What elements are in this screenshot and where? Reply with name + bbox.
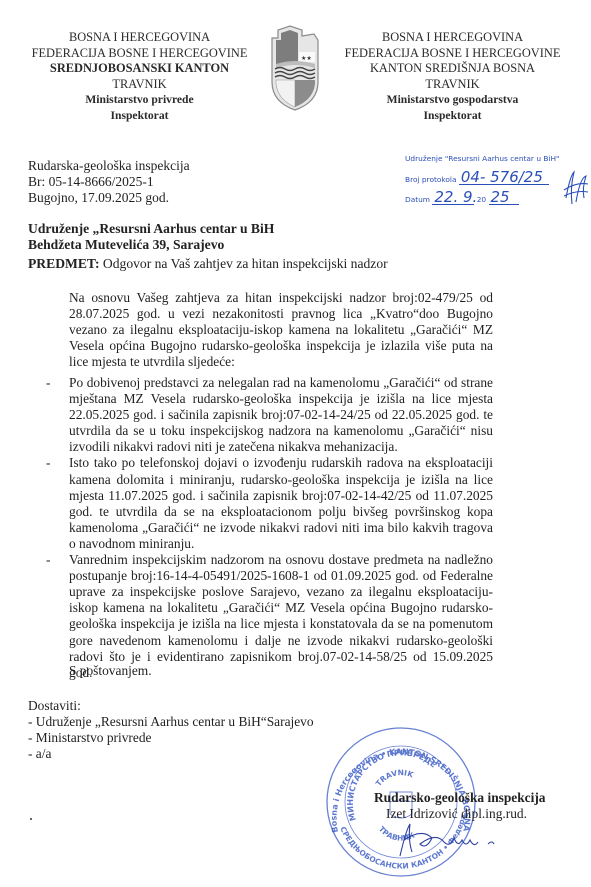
distribution-item: - Udruženje „Resursni Aarhus centar u Bi… <box>28 714 314 730</box>
stamp-date-value: 22. 9. <box>432 190 474 205</box>
letterhead-left: BOSNA I HERCEGOVINA FEDERACIJA BOSNE I H… <box>22 30 257 124</box>
letterhead-line: BOSNA I HERCEGOVINA <box>330 30 575 46</box>
svg-text:★★: ★★ <box>301 55 312 62</box>
seal-city-top: TRAVNIK <box>374 768 416 788</box>
distribution-label: Dostaviti: <box>28 698 314 714</box>
stamp-organization: Udruženje "Resursni Aarhus centar u BiH" <box>405 154 559 163</box>
list-item-text: Vanrednim inspekcijskim nadzorom na osno… <box>69 552 493 681</box>
bullet-dash: - <box>46 375 56 391</box>
letterhead-line: BOSNA I HERCEGOVINA <box>22 30 257 46</box>
letterhead-line: Inspektorat <box>330 108 575 124</box>
handwritten-initials-icon <box>560 168 590 208</box>
coat-of-arms-icon: ★★ <box>268 24 322 112</box>
letterhead-right: BOSNA I HERCEGOVINA FEDERACIJA BOSNE I H… <box>330 30 575 124</box>
distribution-list: Dostaviti: - Udruženje „Resursni Aarhus … <box>28 698 314 762</box>
letterhead-line: KANTON SREDIŠNJA BOSNA <box>330 61 575 77</box>
letterhead-line: TRAVNIK <box>22 77 257 93</box>
stamp-date-label: Datum <box>405 195 430 204</box>
svg-text:TRAVNIK: TRAVNIK <box>374 768 416 788</box>
letterhead-line: FEDERACIJA BOSNE I HERCEGOVINE <box>22 46 257 62</box>
stamp-protocol-value: 04- 576/25 <box>459 170 549 185</box>
stamp-date-year: 25 <box>489 190 519 205</box>
place-date: Bugojno, 17.09.2025 god. <box>28 190 190 206</box>
closing-salutation: S poštovanjem. <box>69 663 152 679</box>
letterhead-line: Inspektorat <box>22 108 257 124</box>
letterhead-line: SREDNJOBOSANSKI KANTON <box>22 61 257 77</box>
intro-paragraph: Na osnovu Vašeg zahtjeva za hitan inspek… <box>69 290 493 370</box>
letterhead-line: Ministarstvo gospodarstva <box>330 92 575 108</box>
letterhead-line: TRAVNIK <box>330 77 575 93</box>
scan-speck <box>30 818 32 820</box>
stamp-date-row: Datum 22. 9. 20 25 <box>405 190 519 205</box>
distribution-item: - a/a <box>28 746 314 762</box>
recipient-name: Udruženje „Resursni Aarhus centar u BiH <box>28 221 274 237</box>
findings-list: - Po dobivenoj predstavci za nelegalan r… <box>46 375 493 681</box>
list-item-text: Isto tako po telefonskoj dojavi o izvođe… <box>69 455 493 552</box>
letterhead-line: Ministarstvo privrede <box>22 92 257 108</box>
list-item: - Isto tako po telefonskoj dojavi o izvo… <box>46 455 493 552</box>
signatory-title: Rudarsko-geološka inspekcija <box>374 790 546 806</box>
list-item: - Po dobivenoj predstavci za nelegalan r… <box>46 375 493 455</box>
subject-line: PREDMET: Odgovor na Vaš zahtjev za hitan… <box>28 256 388 272</box>
reference-number: Br: 05-14-8666/2025-1 <box>28 174 190 190</box>
subject-text: Odgovor na Vaš zahtjev za hitan inspekci… <box>103 256 388 271</box>
distribution-item: - Ministarstvo privrede <box>28 730 314 746</box>
handwritten-signature-icon <box>392 820 502 860</box>
list-item-text: Po dobivenoj predstavci za nelegalan rad… <box>69 375 493 455</box>
sender-block: Rudarska-geološka inspekcija Br: 05-14-8… <box>28 158 190 206</box>
stamp-protocol-label: Broj protokola <box>405 175 457 184</box>
recipient-address: Behdžeta Mutevelića 39, Sarajevo <box>28 237 274 253</box>
stamp-date-year-prefix: 20 <box>477 195 486 204</box>
bullet-dash: - <box>46 552 56 568</box>
letterhead-line: FEDERACIJA BOSNE I HERCEGOVINE <box>330 46 575 62</box>
subject-label: PREDMET: <box>28 256 100 271</box>
stamp-protocol-row: Broj protokola 04- 576/25 <box>405 170 549 185</box>
bullet-dash: - <box>46 455 56 471</box>
recipient-block: Udruženje „Resursni Aarhus centar u BiH … <box>28 221 274 253</box>
list-item: - Vanrednim inspekcijskim nadzorom na os… <box>46 552 493 681</box>
sender-department: Rudarska-geološka inspekcija <box>28 158 190 174</box>
